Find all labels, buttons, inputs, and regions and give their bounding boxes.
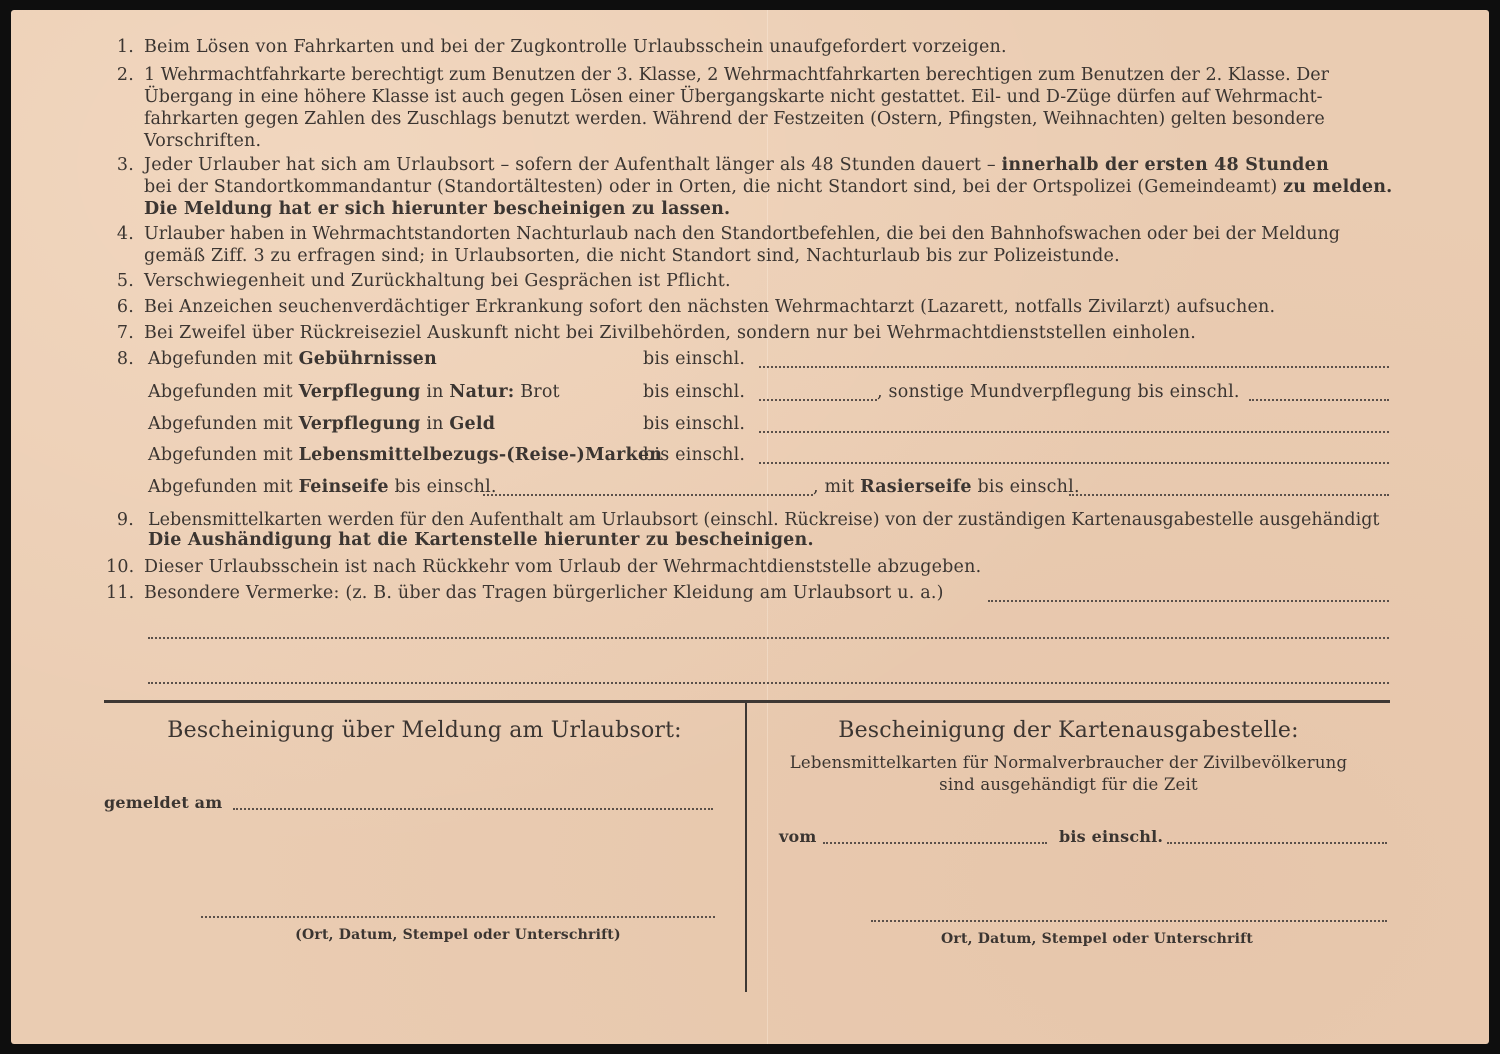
from-label: vom	[779, 826, 817, 848]
until-date-field[interactable]	[1167, 842, 1387, 844]
leave-pass-back-page: 1. Beim Lösen von Fahrkarten und bei der…	[11, 10, 1489, 1044]
ration-row-soap: Abgefunden mit Feinseife bis einschl.	[148, 476, 497, 498]
until-label: bis einschl.	[1059, 826, 1163, 848]
registration-signature-field[interactable]	[201, 916, 715, 918]
pay-until-field[interactable]	[759, 366, 1389, 368]
box-divider	[745, 702, 747, 992]
ration-signature-caption: Ort, Datum, Stempel oder Unterschrift	[941, 928, 1253, 950]
remarks-field-line-2[interactable]	[148, 637, 1389, 639]
remarks-field-line-1[interactable]	[988, 600, 1389, 602]
registered-on-label: gemeldet am	[104, 792, 222, 814]
ration-row-money: Abgefunden mit Verpflegung in Geld	[148, 413, 495, 435]
ration-row-bread: Abgefunden mit Verpflegung in Natur: Bro…	[148, 381, 560, 403]
ration-row-stamps: Abgefunden mit Lebensmittelbezugs-(Reise…	[148, 444, 662, 466]
from-date-field[interactable]	[823, 842, 1047, 844]
registration-title: Bescheinigung über Meldung am Urlaubsort…	[104, 720, 745, 742]
ration-signature-field[interactable]	[871, 920, 1387, 922]
registered-on-field[interactable]	[233, 808, 713, 810]
ration-office-title: Bescheinigung der Kartenausgabestelle:	[747, 720, 1390, 742]
bread-until-field[interactable]	[759, 399, 877, 401]
fine-soap-until-field[interactable]	[483, 494, 813, 496]
box-top-rule	[104, 700, 1390, 703]
ration-row-pay: Abgefunden mit Gebührnissen	[148, 348, 437, 370]
shaving-soap-until-field[interactable]	[1069, 494, 1389, 496]
other-rations-until-field[interactable]	[1249, 399, 1389, 401]
stamps-until-field[interactable]	[759, 462, 1389, 464]
registration-signature-caption: (Ort, Datum, Stempel oder Unterschrift)	[201, 924, 715, 946]
money-until-field[interactable]	[759, 431, 1389, 433]
remarks-field-line-3[interactable]	[148, 682, 1389, 684]
